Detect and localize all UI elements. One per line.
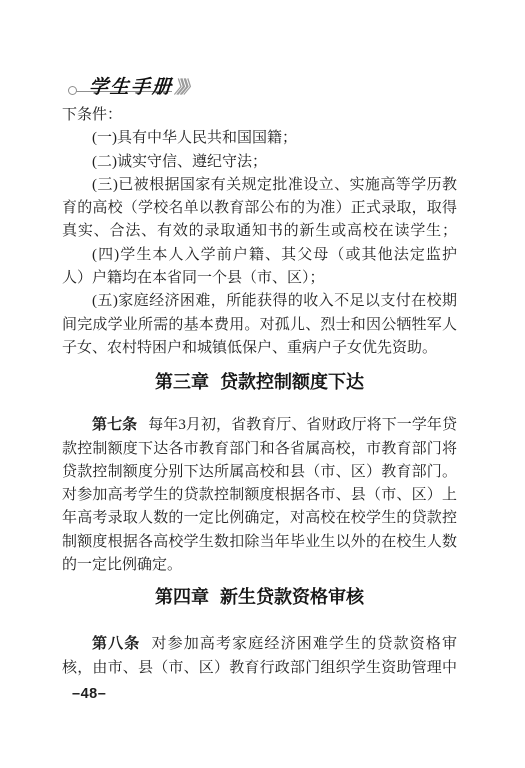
page-content: 下条件： (一)具有中华人民共和国国籍； (二)诚实守信、遵纪守法； (三)已被…: [62, 104, 457, 680]
chapter-number: 第三章: [155, 372, 209, 392]
article-number: 第八条: [92, 635, 140, 652]
article7-paragraph: 第七条每年3月初，省教育厅、省财政厅将下一学年贷 款控制额度下达各市教育部门和各…: [62, 413, 457, 577]
text-line: (三)已被根据国家有关规定批准设立、实施高等学历教: [62, 174, 457, 197]
text-line: 贷款控制额度分别下达所属高校和县（市、区）教育部门。: [62, 461, 457, 484]
text-line: (一)具有中华人民共和国国籍；: [62, 127, 457, 150]
text-line: 子女、农村特困户和城镇低保户、重病户子女优先资助。: [62, 337, 457, 360]
text-line: 款控制额度下达各市教育部门和各省属高校，市教育部门将: [62, 438, 457, 461]
chapter-number: 第四章: [155, 587, 209, 607]
chapter-title: 新生贷款资格审核: [220, 587, 364, 607]
text-line: 制额度根据各高校学生数扣除当年毕业生以外的在校生人数: [62, 531, 457, 554]
header-title: 学生手册: [88, 72, 174, 99]
text-line: 第七条每年3月初，省教育厅、省财政厅将下一学年贷: [62, 413, 457, 437]
text-line: 人）户籍均在本省同一个县（市、区）；: [62, 267, 457, 290]
text-line: 下条件：: [62, 104, 457, 127]
text-line: (四)学生本人入学前户籍、其父母（或其他法定监护: [62, 244, 457, 267]
handbook-page: 学生手册 》》》 下条件： (一)具有中华人民共和国国籍； (二)诚实守信、遵纪…: [0, 0, 525, 768]
text-line: (五)家庭经济困难，所能获得的收入不足以支付在校期: [62, 290, 457, 313]
text-line: 核，由市、县（市、区）教育行政部门组织学生资助管理中: [62, 657, 457, 680]
page-number: –48–: [72, 686, 106, 702]
conditions-paragraph: 下条件： (一)具有中华人民共和国国籍； (二)诚实守信、遵纪守法； (三)已被…: [62, 104, 457, 360]
article-text: 对参加高考家庭经济困难学生的贷款资格审: [151, 636, 457, 652]
text-line: (二)诚实守信、遵纪守法；: [62, 151, 457, 174]
text-line: 的一定比例确定。: [62, 554, 457, 577]
text-line: 真实、合法、有效的录取通知书的新生或高校在读学生；: [62, 220, 457, 243]
article-text: 每年3月初，省教育厅、省财政厅将下一学年贷: [148, 417, 457, 433]
chapter3-heading: 第三章贷款控制额度下达: [62, 371, 457, 393]
article8-paragraph: 第八条对参加高考家庭经济困难学生的贷款资格审 核，由市、县（市、区）教育行政部门…: [62, 632, 457, 680]
chevrons-icon: 》》》: [174, 73, 193, 98]
text-line: 年高考录取人数的一定比例确定，对高校在校学生的贷款控: [62, 507, 457, 530]
chapter-title: 贷款控制额度下达: [220, 372, 364, 392]
article-number: 第七条: [92, 416, 137, 433]
text-line: 对参加高考学生的贷款控制额度根据各市、县（市、区）上: [62, 484, 457, 507]
chapter4-heading: 第四章新生贷款资格审核: [62, 586, 457, 608]
text-line: 第八条对参加高考家庭经济困难学生的贷款资格审: [62, 632, 457, 656]
text-line: 间完成学业所需的基本费用。对孤儿、烈士和因公牺牲军人: [62, 314, 457, 337]
text-line: 育的高校（学校名单以教育部公布的为准）正式录取，取得: [62, 197, 457, 220]
